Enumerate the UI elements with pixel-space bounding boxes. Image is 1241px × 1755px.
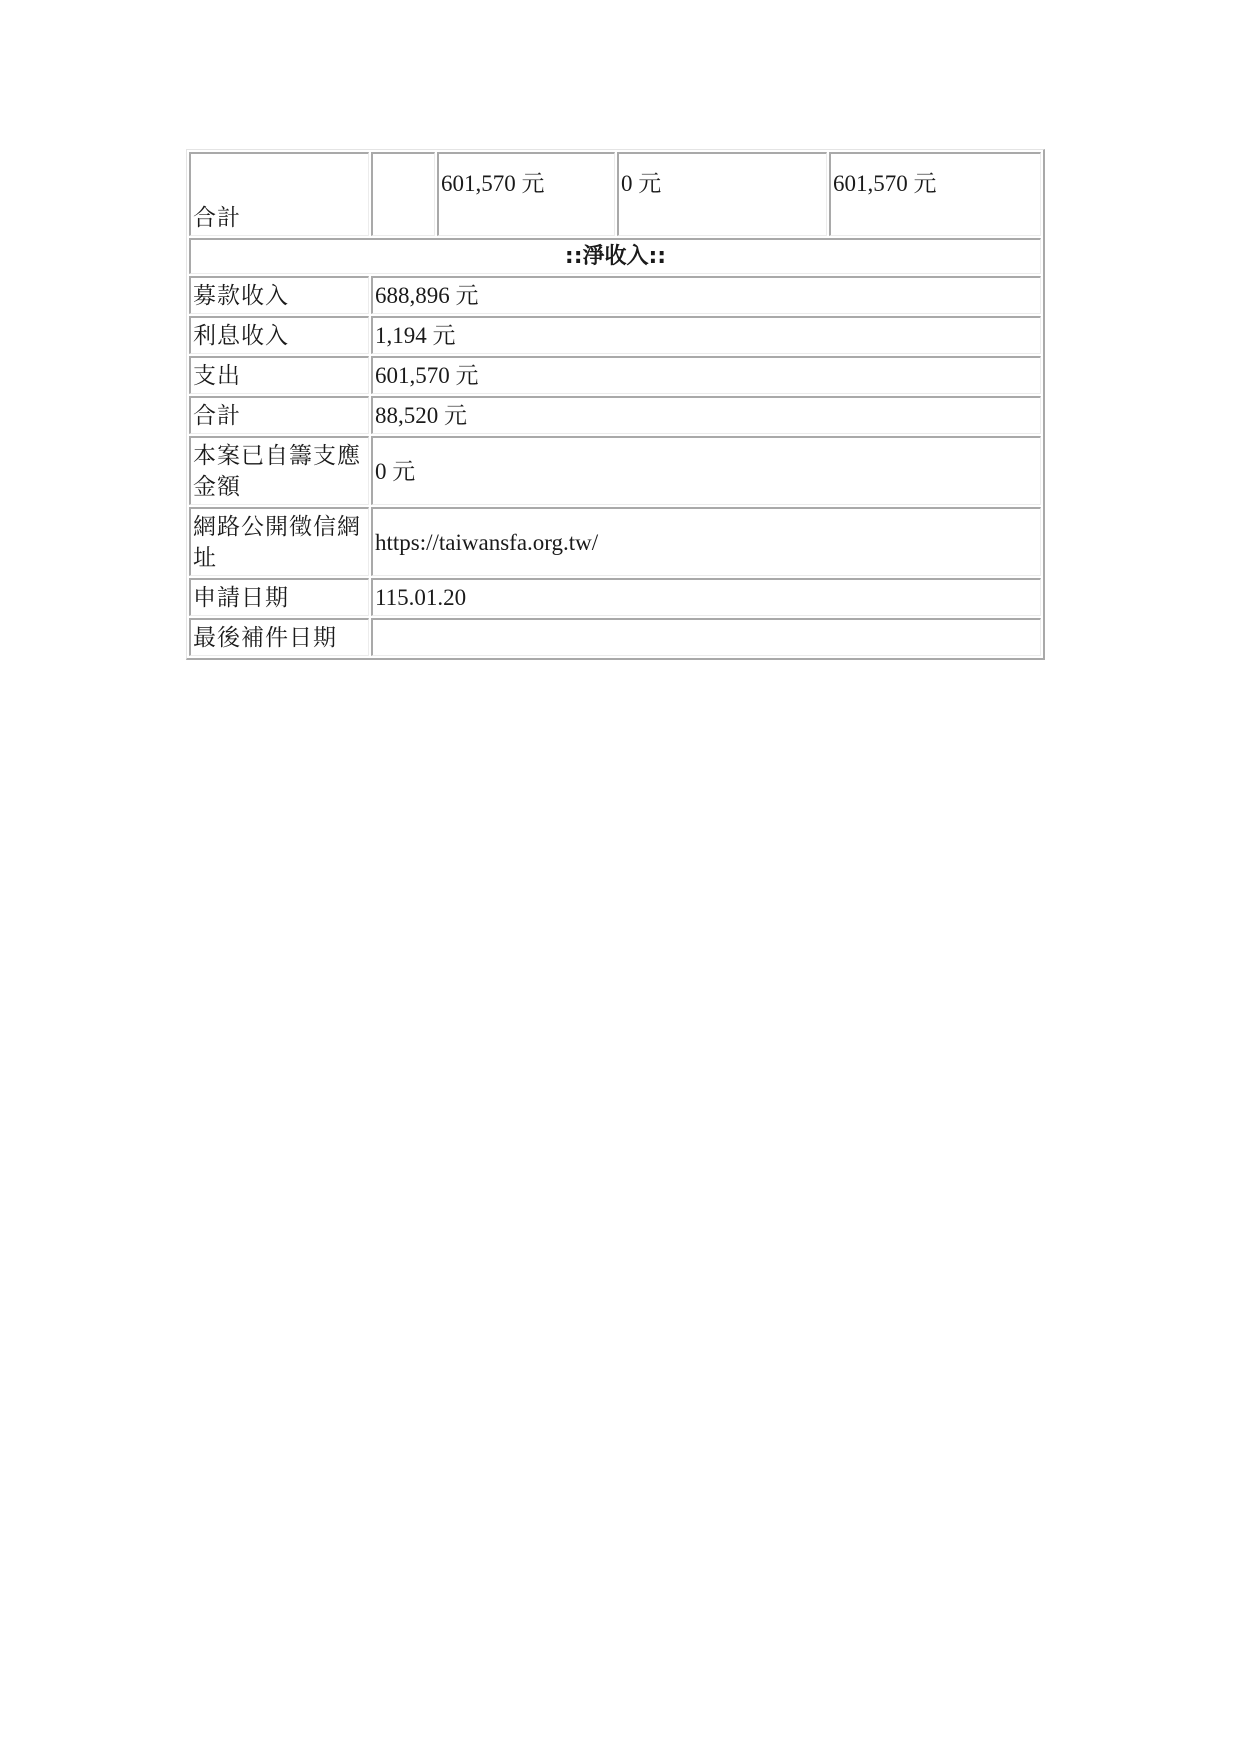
row-value-expenditure: 601,570 元 [371,356,1041,394]
table-row: 利息收入 1,194 元 [189,316,1041,354]
expense-total-amount: 601,570 元 [437,152,615,236]
row-value-interest-income: 1,194 元 [371,316,1041,354]
table-row: 網路公開徵信網址 https://taiwansfa.org.tw/ [189,507,1041,576]
table-row: 合計 88,520 元 [189,396,1041,434]
row-label-interest-income: 利息收入 [189,316,369,354]
row-value-last-supplement-date [371,618,1041,656]
row-label-last-supplement-date: 最後補件日期 [189,618,369,656]
row-value-application-date: 115.01.20 [371,578,1041,616]
row-label-disclosure-url: 網路公開徵信網址 [189,507,369,576]
net-income-header: ::淨收入:: [189,238,1041,274]
expense-total-other: 0 元 [617,152,827,236]
table-row: 募款收入 688,896 元 [189,276,1041,314]
row-value-disclosure-url: https://taiwansfa.org.tw/ [371,507,1041,576]
financial-summary-table: 合計 601,570 元 0 元 601,570 元 ::淨收入:: 募款收入 … [186,149,1045,660]
row-label-self-funded: 本案已自籌支應金額 [189,436,369,505]
expense-total-label: 合計 [189,152,369,236]
table-row: 支出 601,570 元 [189,356,1041,394]
row-label-application-date: 申請日期 [189,578,369,616]
table-row: 最後補件日期 [189,618,1041,656]
net-income-header-row: ::淨收入:: [189,238,1041,274]
expense-total-col2 [371,152,435,236]
document-page: 合計 601,570 元 0 元 601,570 元 ::淨收入:: 募款收入 … [186,149,1044,660]
row-label-donation-income: 募款收入 [189,276,369,314]
table-row: 申請日期 115.01.20 [189,578,1041,616]
row-label-net-total: 合計 [189,396,369,434]
row-value-net-total: 88,520 元 [371,396,1041,434]
row-value-self-funded: 0 元 [371,436,1041,505]
row-label-expenditure: 支出 [189,356,369,394]
expense-total-grand: 601,570 元 [829,152,1041,236]
row-value-donation-income: 688,896 元 [371,276,1041,314]
table-row: 本案已自籌支應金額 0 元 [189,436,1041,505]
expense-total-row: 合計 601,570 元 0 元 601,570 元 [189,152,1041,236]
